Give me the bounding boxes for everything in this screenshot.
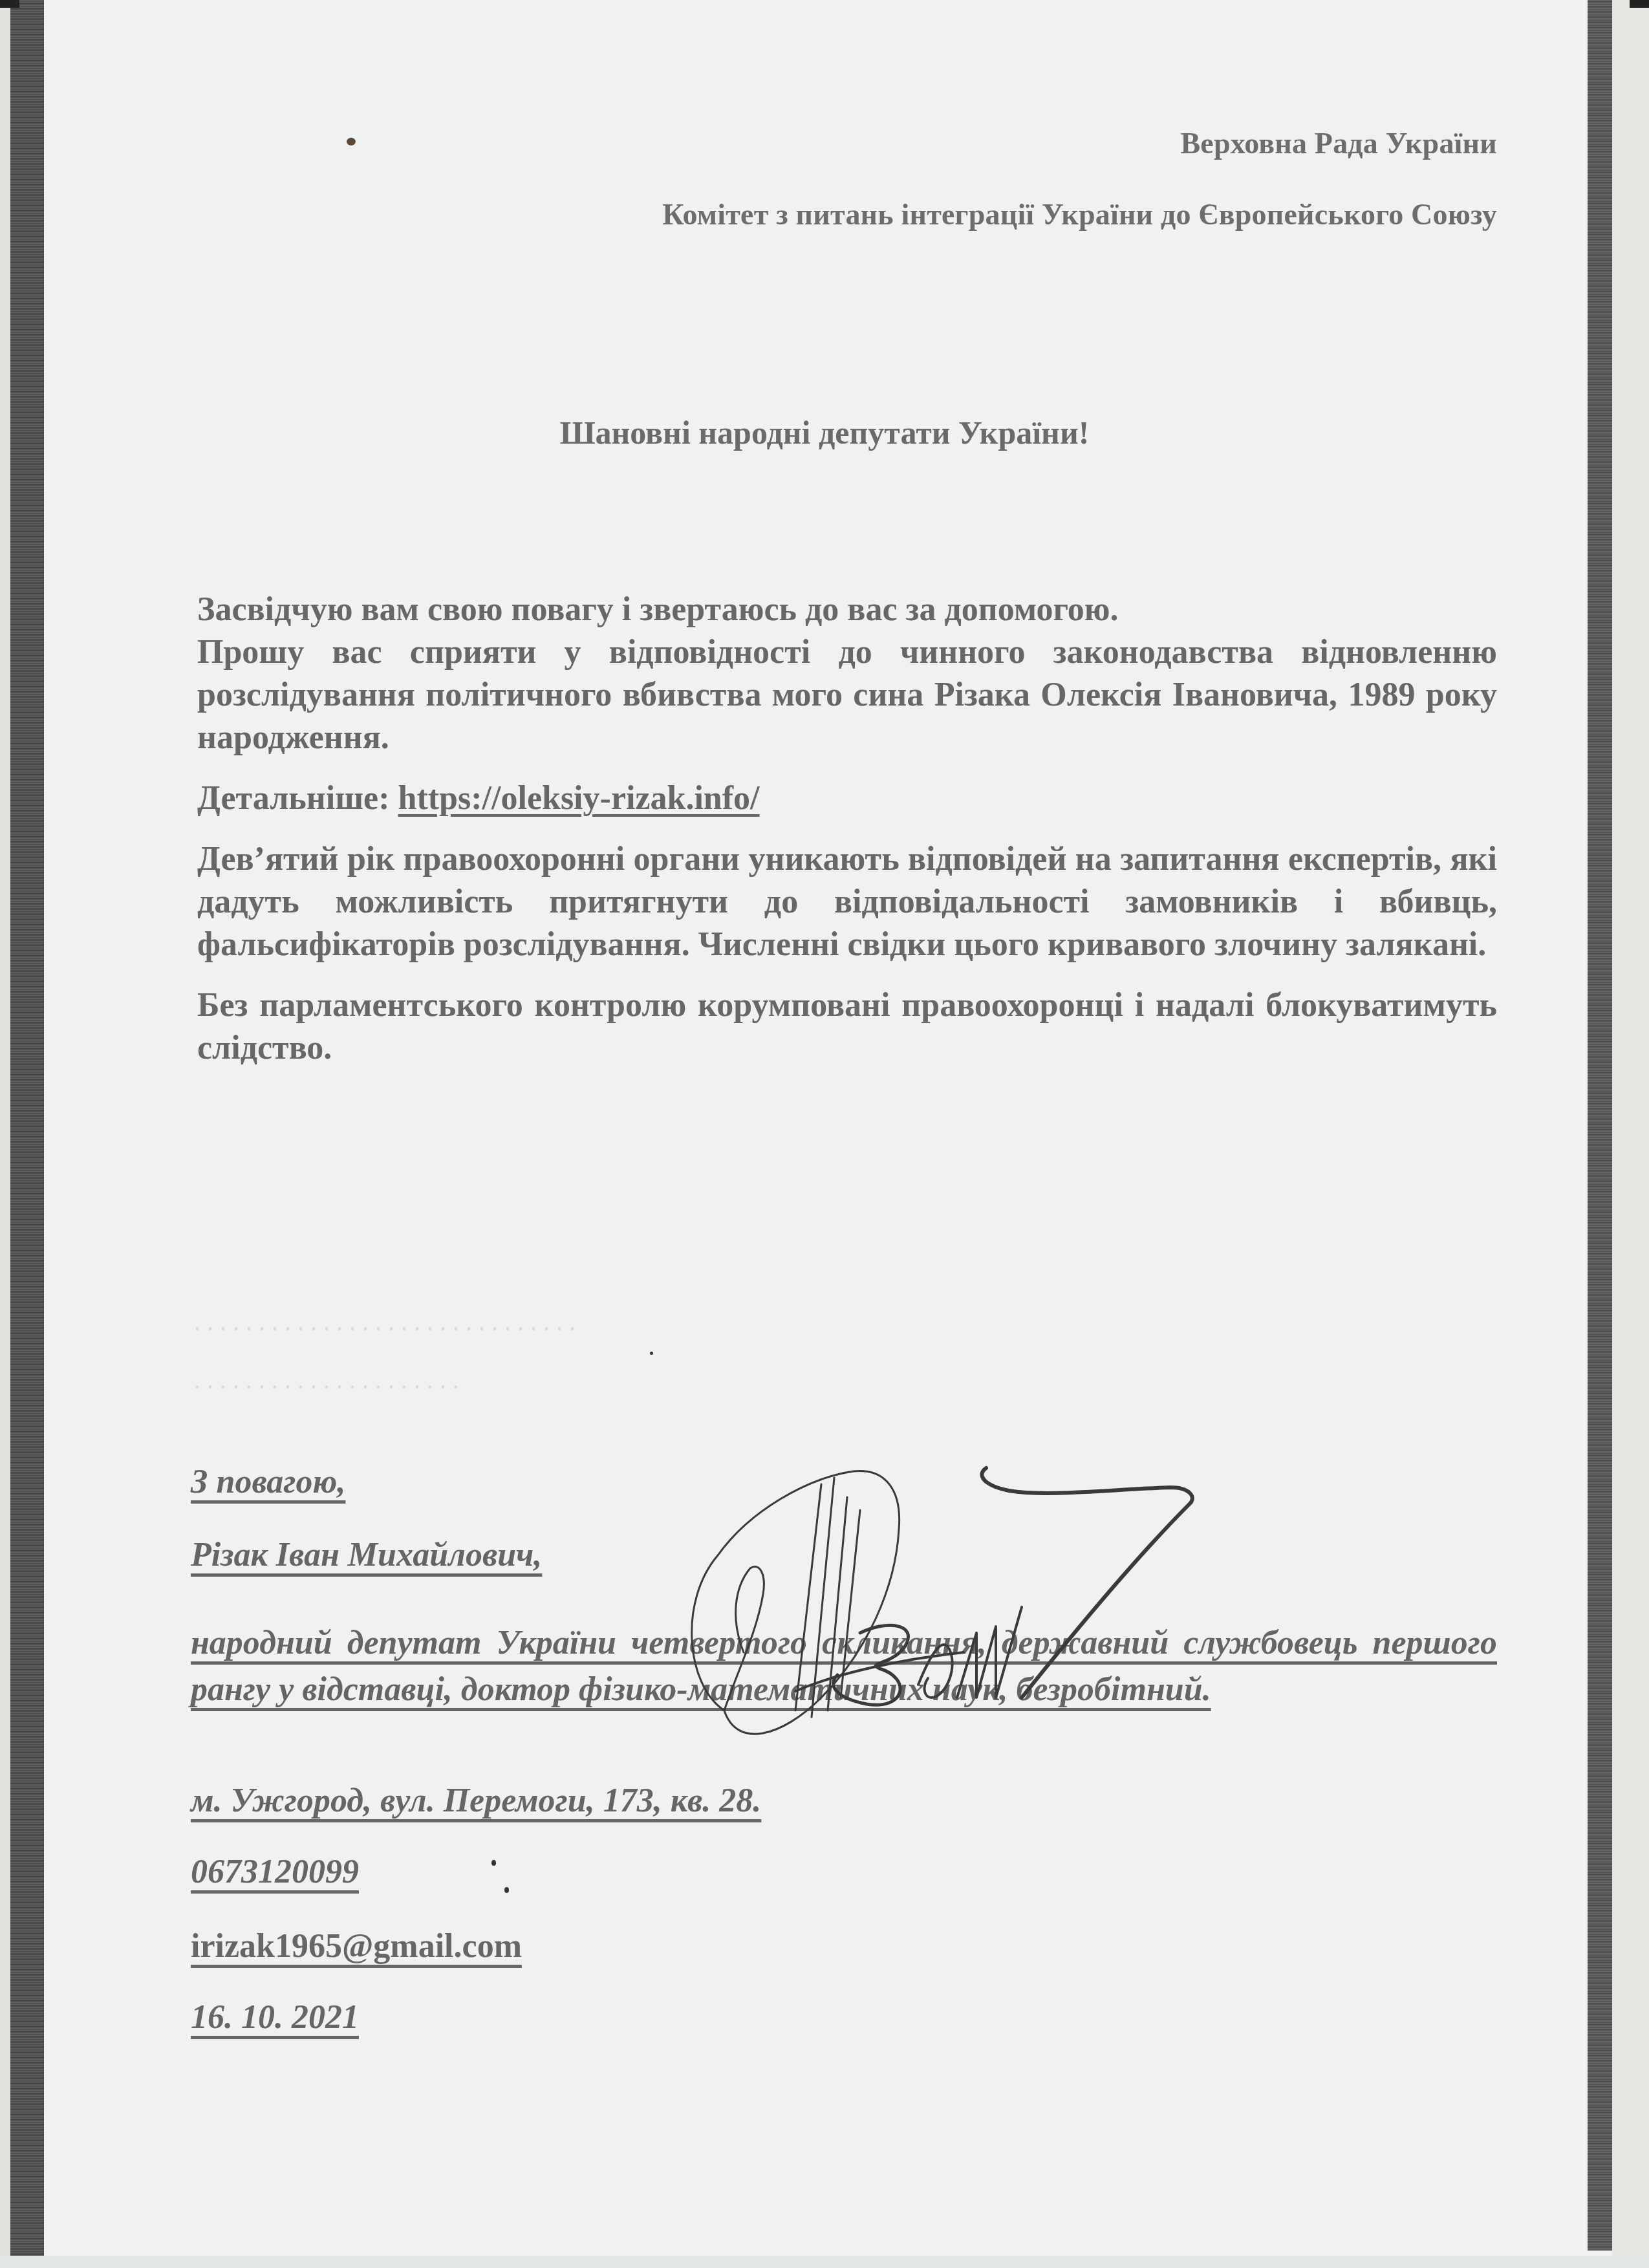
salutation: Шановні народні депутати України! (0, 414, 1649, 451)
scan-corner-right (1630, 0, 1649, 8)
details-link[interactable]: https://oleksiy-rizak.info/ (398, 780, 760, 817)
closing-regards: З повагою, (191, 1463, 345, 1501)
signer-name: Різак Іван Михайлович, (191, 1536, 542, 1574)
paragraph-greeting: Засвідчую вам свою повагу і звертаюсь до… (197, 589, 1497, 631)
scan-edge-right (1588, 0, 1612, 2251)
scan-speck (347, 138, 356, 146)
scan-edge-left (10, 0, 44, 2268)
scan-edge-left-strip (0, 0, 10, 2268)
handwritten-signature (673, 1439, 1526, 1762)
recipient-line-2: Комітет з питань інтеграції України до Є… (662, 197, 1497, 232)
details-label: Детальніше: (197, 780, 398, 817)
show-through-text: . . . . . . . . . . . . . . . . . . . . … (194, 1306, 576, 1337)
scan-speck (491, 1860, 496, 1866)
show-through-text: . . . . . . . . . . . . . . . . . . . . … (194, 1365, 459, 1395)
paragraph-investigation: Дев’ятий рік правоохоронні органи уникаю… (197, 838, 1497, 966)
scan-edge-right-strip (1612, 0, 1649, 2268)
signer-address: м. Ужгород, вул. Перемоги, 173, кв. 28. (191, 1782, 761, 1820)
scan-speck (650, 1352, 653, 1355)
paragraph-details: Детальніше: https://oleksiy-rizak.info/ (197, 777, 1497, 820)
letter-body: Засвідчую вам свою повагу і звертаюсь до… (197, 589, 1497, 1070)
scan-speck (504, 1887, 509, 1893)
signer-email[interactable]: irizak1965@gmail.com (191, 1927, 522, 1965)
paragraph-request: Прошу вас сприяти у відповідності до чин… (197, 631, 1497, 759)
scan-corner-left (0, 0, 19, 8)
scan-edge-bottom (0, 2256, 1649, 2268)
letter-date: 16. 10. 2021 (191, 1998, 359, 2036)
recipient-line-1: Верховна Рада України (1180, 126, 1497, 160)
signer-phone: 0673120099 (191, 1853, 359, 1891)
paragraph-control: Без парламентського контролю корумповані… (197, 984, 1497, 1070)
